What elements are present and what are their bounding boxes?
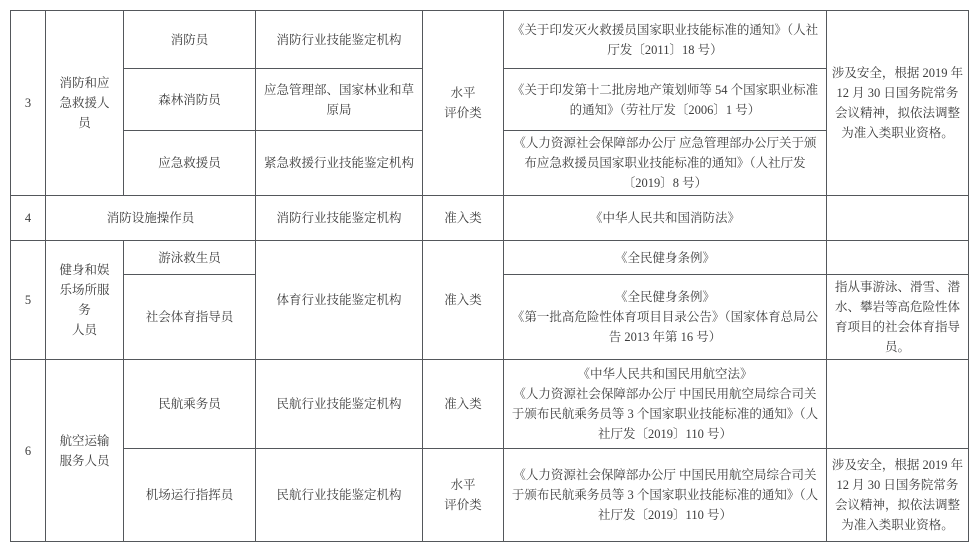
row-number-cell: 5 [11, 241, 46, 360]
basis-cell: 《中华人民共和国民用航空法》 《人力资源社会保障部办公厅 中国民用航空局综合司关… [504, 360, 827, 449]
agency-cell: 体育行业技能鉴定机构 [256, 241, 423, 360]
type-cell: 水平 评价类 [423, 449, 504, 542]
basis-cell: 《全民健身条例》 《第一批高危险性体育项目目录公告》（国家体育总局公告 2013… [504, 275, 827, 360]
basis-cell: 《人力资源社会保障部办公厅 中国民用航空局综合司关于颁布民航乘务员等 3 个国家… [504, 449, 827, 542]
basis-cell: 《人力资源社会保障部办公厅 应急管理部办公厅关于颁布应急救援员国家职业技能标准的… [504, 131, 827, 196]
note-cell: 涉及安全，根据 2019 年 12 月 30 日国务院常务会议精神，拟依法调整为… [827, 449, 969, 542]
note-cell [827, 241, 969, 275]
type-cell: 准入类 [423, 196, 504, 241]
occupation-cell: 森林消防员 [124, 69, 256, 131]
type-cell: 准入类 [423, 241, 504, 360]
table-row: 6 航空运输 服务人员 民航乘务员 民航行业技能鉴定机构 准入类 《中华人民共和… [11, 360, 969, 449]
agency-cell: 消防行业技能鉴定机构 [256, 196, 423, 241]
document-page: 3 消防和应 急救援人 员 消防员 消防行业技能鉴定机构 水平 评价类 《关于印… [0, 0, 975, 542]
agency-cell: 应急管理部、国家林业和草原局 [256, 69, 423, 131]
note-cell [827, 196, 969, 241]
agency-cell: 紧急救援行业技能鉴定机构 [256, 131, 423, 196]
basis-cell: 《全民健身条例》 [504, 241, 827, 275]
type-cell: 准入类 [423, 360, 504, 449]
agency-cell: 民航行业技能鉴定机构 [256, 360, 423, 449]
occupation-cell: 游泳救生员 [124, 241, 256, 275]
row-number-cell: 6 [11, 360, 46, 542]
row-number-cell: 3 [11, 11, 46, 196]
basis-cell: 《中华人民共和国消防法》 [504, 196, 827, 241]
table-row: 5 健身和娱 乐场所服 务 人员 游泳救生员 体育行业技能鉴定机构 准入类 《全… [11, 241, 969, 275]
category-cell: 健身和娱 乐场所服 务 人员 [46, 241, 124, 360]
occupation-cell: 消防设施操作员 [46, 196, 256, 241]
table-row: 机场运行指挥员 民航行业技能鉴定机构 水平 评价类 《人力资源社会保障部办公厅 … [11, 449, 969, 542]
table-row: 3 消防和应 急救援人 员 消防员 消防行业技能鉴定机构 水平 评价类 《关于印… [11, 11, 969, 69]
category-cell: 航空运输 服务人员 [46, 360, 124, 542]
occupation-cell: 消防员 [124, 11, 256, 69]
category-cell: 消防和应 急救援人 员 [46, 11, 124, 196]
agency-cell: 消防行业技能鉴定机构 [256, 11, 423, 69]
occupation-cell: 机场运行指挥员 [124, 449, 256, 542]
occupation-cell: 应急救援员 [124, 131, 256, 196]
occupation-qualification-table: 3 消防和应 急救援人 员 消防员 消防行业技能鉴定机构 水平 评价类 《关于印… [10, 10, 969, 542]
note-cell: 涉及安全，根据 2019 年 12 月 30 日国务院常务会议精神，拟依法调整为… [827, 11, 969, 196]
table-row: 4 消防设施操作员 消防行业技能鉴定机构 准入类 《中华人民共和国消防法》 [11, 196, 969, 241]
note-cell [827, 360, 969, 449]
occupation-cell: 民航乘务员 [124, 360, 256, 449]
row-number-cell: 4 [11, 196, 46, 241]
basis-cell: 《关于印发第十二批房地产策划师等 54 个国家职业标准的通知》（劳社厅发〔200… [504, 69, 827, 131]
occupation-cell: 社会体育指导员 [124, 275, 256, 360]
basis-cell: 《关于印发灭火救援员国家职业技能标准的通知》（人社厅发〔2011〕18 号） [504, 11, 827, 69]
note-cell: 指从事游泳、滑雪、潜水、攀岩等高危险性体育项目的社会体育指导员。 [827, 275, 969, 360]
type-cell: 水平 评价类 [423, 11, 504, 196]
agency-cell: 民航行业技能鉴定机构 [256, 449, 423, 542]
